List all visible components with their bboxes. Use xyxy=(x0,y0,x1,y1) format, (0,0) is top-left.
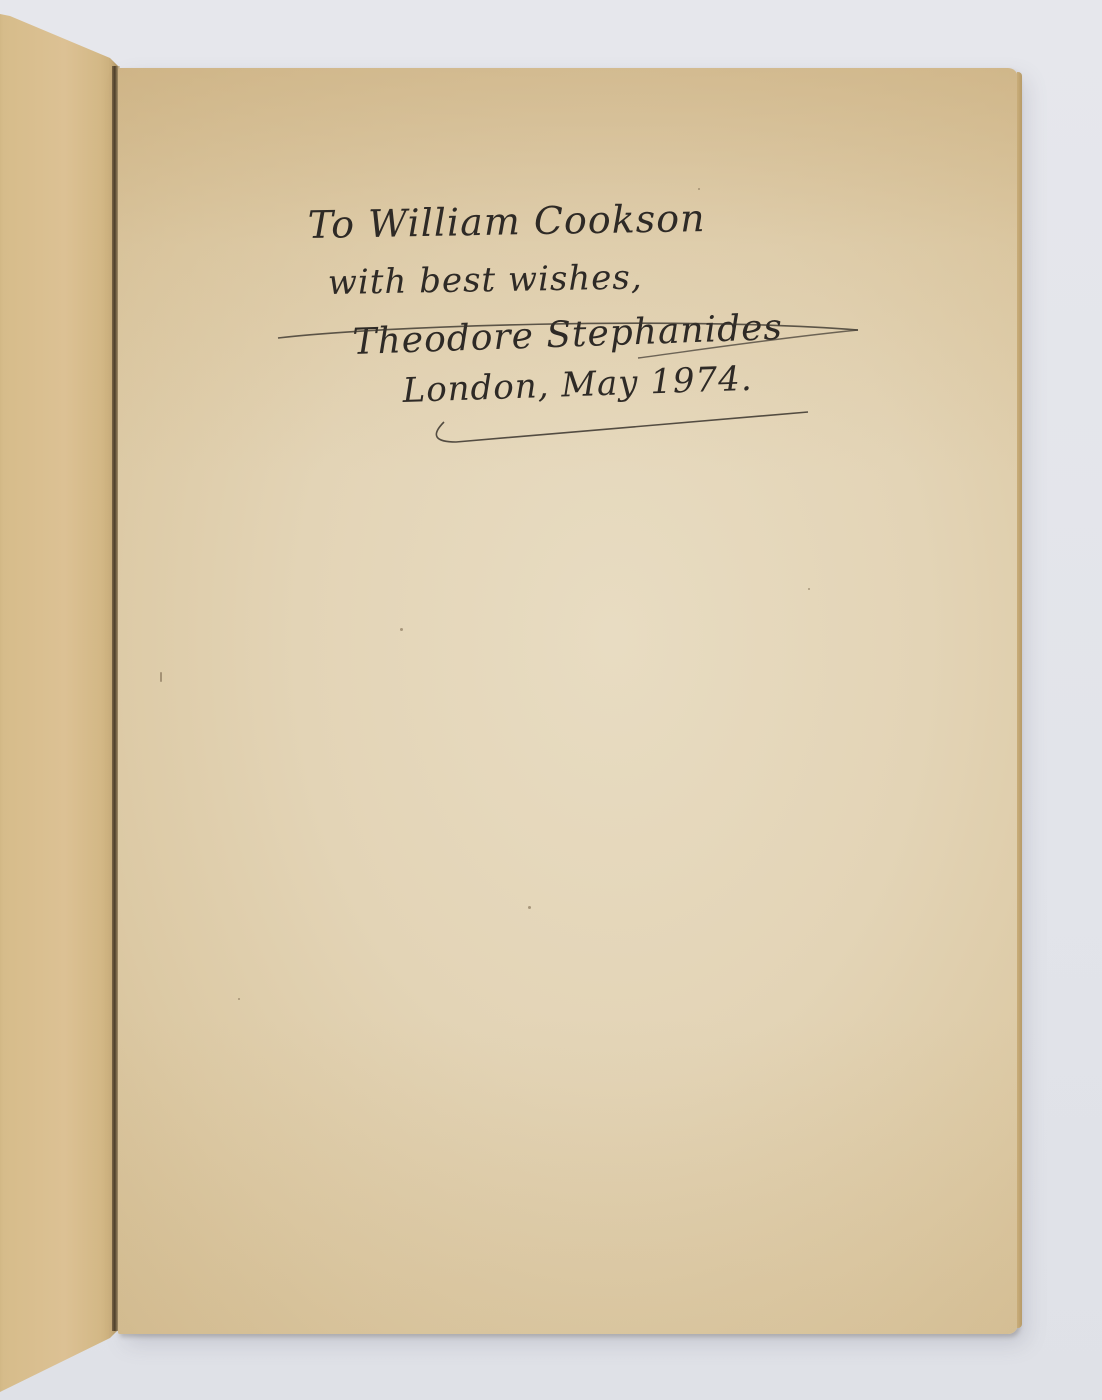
inscription-place-date: London, May 1974. xyxy=(401,359,753,411)
inscription-line-recipient: To William Cookson xyxy=(307,196,706,247)
paper-speck xyxy=(400,628,403,631)
inscription-signature: Theodore Stephanides xyxy=(352,307,784,363)
paper-speck xyxy=(528,906,531,909)
paper-speck xyxy=(160,672,162,682)
handwritten-inscription: To William Cookson with best wishes, The… xyxy=(118,68,1018,488)
paper-speck xyxy=(238,998,240,1000)
left-cover-leaf xyxy=(0,0,118,1400)
book-page: To William Cookson with best wishes, The… xyxy=(118,68,1018,1334)
inscription-drawing: To William Cookson with best wishes, The… xyxy=(118,68,1018,488)
inscription-line-wishes: with best wishes, xyxy=(327,258,643,303)
underline-swoosh xyxy=(436,412,808,442)
paper-speck xyxy=(808,588,810,590)
